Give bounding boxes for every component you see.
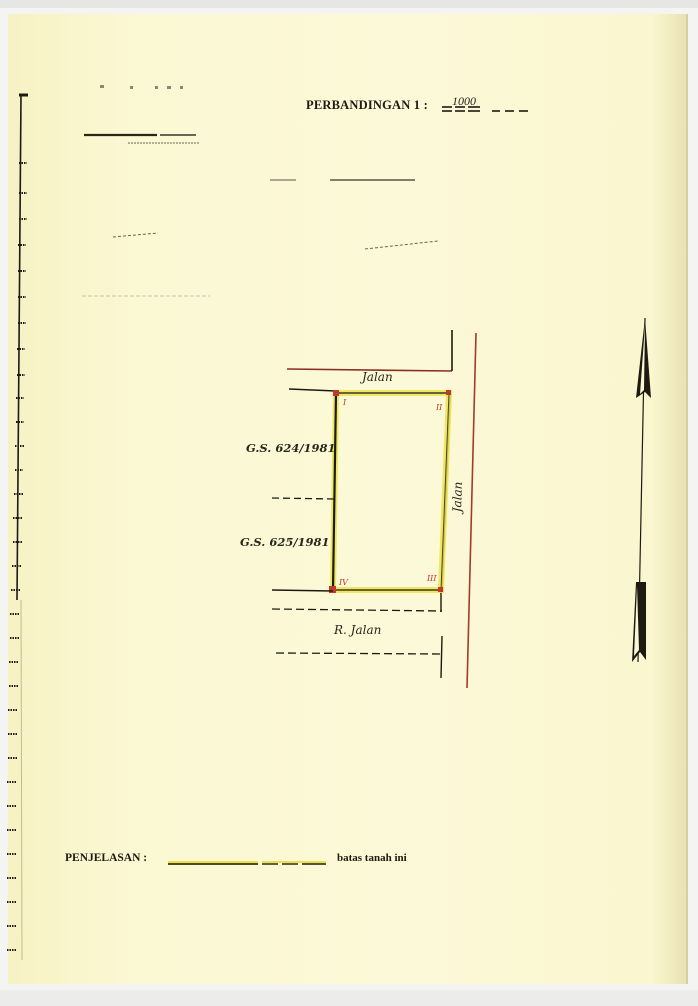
viewer-bottom-bar — [0, 990, 698, 1006]
legend-boundary-line — [166, 858, 332, 868]
road-label-east: Jalan — [450, 481, 465, 512]
corner-label-2: II — [435, 403, 443, 412]
corner-label-4: IV — [338, 578, 349, 587]
site-map: I II III IV — [0, 0, 698, 990]
parcel-label-624: G.S. 624/1981 — [246, 441, 336, 455]
road-label-south: R. Jalan — [334, 623, 381, 637]
road-label-north: Jalan — [362, 370, 393, 384]
parcel-boundary — [333, 393, 449, 590]
corner-label-1: I — [342, 398, 347, 407]
corner-markers — [329, 390, 451, 593]
legend-description: batas tanah ini — [337, 852, 407, 864]
legend-label: PENJELASAN : — [65, 852, 147, 864]
corner-label-3: III — [426, 574, 437, 583]
parcel-label-625: G.S. 625/1981 — [240, 535, 330, 549]
east-road-edge — [467, 333, 476, 688]
north-arrow-icon — [632, 318, 651, 662]
